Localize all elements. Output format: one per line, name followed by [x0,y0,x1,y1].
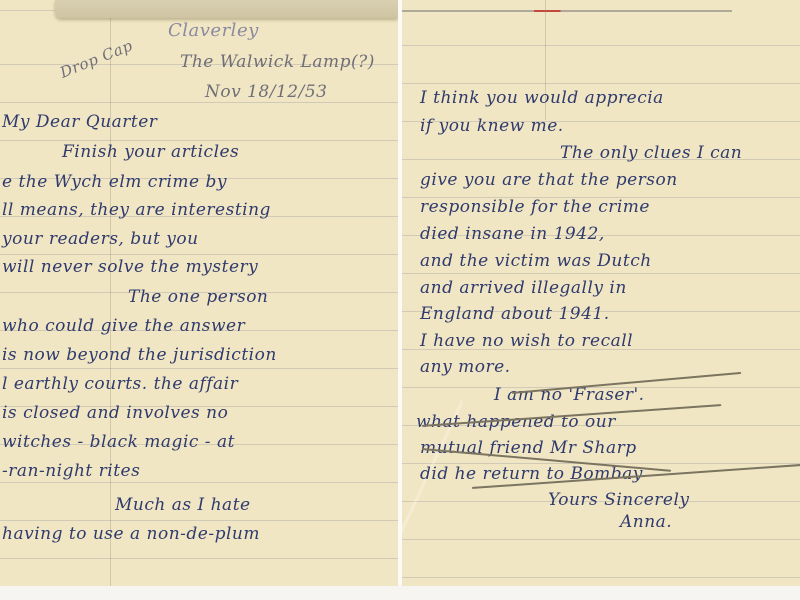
letter-page-right: I think you would apprecia if you knew m… [402,0,800,586]
body-line: -ran-night rites [2,461,140,481]
body-line: your readers, but you [2,229,199,249]
letter-page-left: Drop Cap Claverley The Walwick Lamp(?) N… [0,0,398,586]
body-line: and arrived illegally in [420,278,627,298]
salutation: My Dear Quarter [2,112,157,132]
body-line: ll means, they are interesting [2,200,271,220]
header-rule [402,10,732,12]
body-line: Finish your articles [62,142,239,162]
body-line: if you knew me. [420,116,564,136]
address-line: Claverley [168,20,259,41]
body-line: will never solve the mystery [2,257,258,277]
body-line: is now beyond the jurisdiction [2,345,277,365]
struck-line: did he return to Bombay [420,464,643,484]
margin-note: Drop Cap [57,36,135,81]
closing: Yours Sincerely [548,490,690,510]
body-line: e the Wych elm crime by [2,172,227,192]
body-line: died insane in 1942, [420,224,605,244]
date-line: Nov 18/12/53 [205,82,327,102]
margin-line [110,0,111,586]
body-line: any more. [420,357,511,377]
body-line: The one person [128,287,268,307]
background-strip [0,586,800,600]
body-line: I have no wish to recall [420,331,633,351]
address-line: The Walwick Lamp(?) [180,52,375,72]
body-line: Much as I hate [115,495,251,515]
body-line: who could give the answer [2,316,245,336]
body-line: I think you would apprecia [420,88,664,108]
signature: Anna. [620,512,672,532]
body-line: The only clues I can [560,143,742,163]
body-line: having to use a non-de-plum [2,524,260,544]
body-line: and the victim was Dutch [420,251,652,271]
folded-sheet-edge [55,0,398,18]
body-line: is closed and involves no [2,403,228,423]
body-line: give you are that the person [420,170,678,190]
body-line: responsible for the crime [420,197,650,217]
struck-line: mutual friend Mr Sharp [420,438,637,458]
body-line: England about 1941. [420,304,610,324]
body-line: witches - black magic - at [2,432,235,452]
body-line: l earthly courts. the affair [2,374,238,394]
